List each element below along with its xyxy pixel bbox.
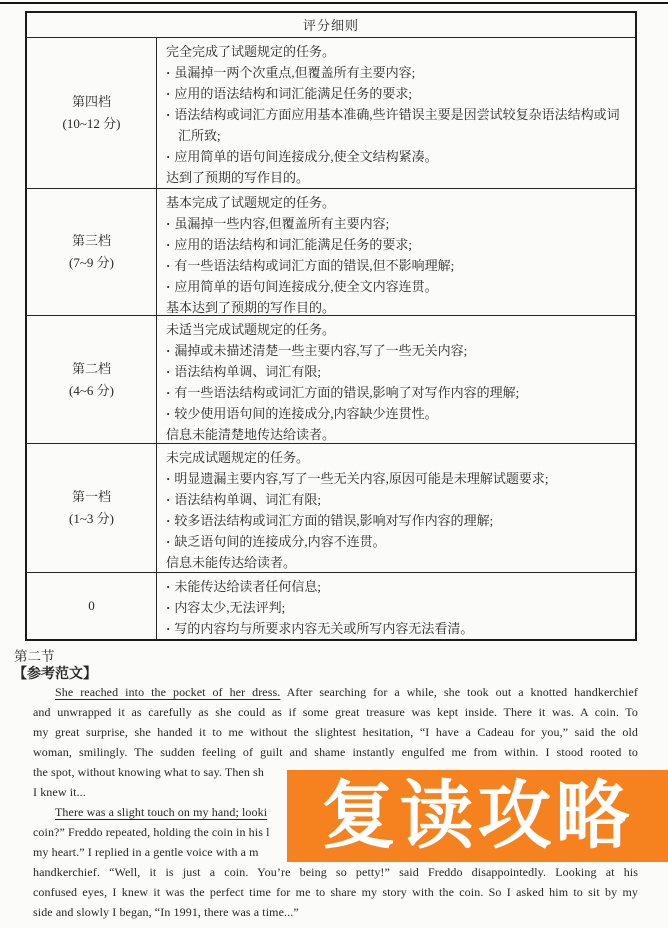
page-top-rule — [0, 2, 668, 4]
band3-score: (7~9 分) — [69, 252, 114, 274]
band2-score: (4~6 分) — [69, 380, 114, 402]
watermark-text: 复读攻略 — [322, 779, 634, 853]
rubric-row-band4: 第四档 (10~12 分) 完全完成了试题规定的任务。 虽漏掉一两个次重点,但覆… — [27, 38, 635, 189]
band3-bullet: 虽漏掉一些内容,但覆盖所有主要内容; — [166, 213, 627, 234]
band3-intro: 基本完成了试题规定的任务。 — [166, 192, 627, 213]
essay-line: confused eyes, I knew it was the perfect… — [33, 882, 638, 902]
band4-name: 第四档 — [72, 91, 111, 113]
band4-bullet: 虽漏掉一两个次重点,但覆盖所有主要内容; — [166, 62, 627, 83]
essay-line: side and slowly I began, “In 1991, there… — [33, 902, 638, 922]
band3-outro: 基本达到了预期的写作目的。 — [166, 297, 627, 318]
band1-label-cell: 第一档 (1~3 分) — [27, 444, 157, 572]
band2-name: 第二档 — [72, 358, 111, 380]
band4-bullet: 应用简单的语句间连接成分,使全文结构紧凑。 — [166, 146, 627, 167]
rubric-row-band1: 第一档 (1~3 分) 未完成试题规定的任务。 明显遗漏主要内容,写了一些无关内… — [27, 444, 635, 573]
watermark-banner: 复读攻略 — [287, 770, 668, 862]
zero-bullet: 写的内容均与所要求内容无关或所写内容无法看清。 — [166, 618, 627, 639]
zero-bullet: 未能传达给读者任何信息; — [166, 576, 627, 597]
band3-label-cell: 第三档 (7~9 分) — [27, 189, 157, 315]
band4-intro: 完全完成了试题规定的任务。 — [166, 41, 627, 62]
essay-line: She reached into the pocket of her dress… — [33, 682, 638, 702]
band4-bullet: 应用的语法结构和词汇能满足任务的要求; — [166, 83, 627, 104]
essay-line: woman, smilingly. The sudden feeling of … — [33, 742, 638, 762]
band3-name: 第三档 — [72, 230, 111, 252]
essay-line: handkerchief. “Well, it is just a coin. … — [33, 862, 638, 882]
band1-score: (1~3 分) — [69, 508, 114, 530]
band1-criteria-cell: 未完成试题规定的任务。 明显遗漏主要内容,写了一些无关内容,原因可能是未理解试题… — [157, 444, 635, 572]
band3-bullet: 有一些语法结构或词汇方面的错误,但不影响理解; — [166, 255, 627, 276]
band3-bullet: 应用的语法结构和词汇能满足任务的要求; — [166, 234, 627, 255]
band2-bullet: 有一些语法结构或词汇方面的错误,影响了对写作内容的理解; — [166, 382, 627, 403]
essay-line: my great surprise, she handed it to me w… — [33, 722, 638, 742]
band4-bullet: 语法结构或词汇方面应用基本准确,些许错误主要是因尝试较复杂语法结构或词汇所致; — [166, 104, 627, 146]
band1-bullet: 语法结构单调、词汇有限; — [166, 489, 627, 510]
essay-line: and unwrapped it as carefully as she cou… — [33, 702, 638, 722]
band1-outro: 信息未能传达给读者。 — [166, 552, 627, 573]
band1-intro: 未完成试题规定的任务。 — [166, 447, 627, 468]
rubric-row-band3: 第三档 (7~9 分) 基本完成了试题规定的任务。 虽漏掉一些内容,但覆盖所有主… — [27, 189, 635, 316]
band2-outro: 信息未能清楚地传达给读者。 — [166, 424, 627, 445]
band2-criteria-cell: 未适当完成试题规定的任务。 漏掉或未描述清楚一些主要内容,写了一些无关内容; 语… — [157, 316, 635, 443]
zero-label-cell: 0 — [27, 573, 157, 639]
zero-bullet: 内容太少,无法评判; — [166, 597, 627, 618]
rubric-row-band2: 第二档 (4~6 分) 未适当完成试题规定的任务。 漏掉或未描述清楚一些主要内容… — [27, 316, 635, 444]
band1-bullet: 明显遗漏主要内容,写了一些无关内容,原因可能是未理解试题要求; — [166, 468, 627, 489]
band3-bullet: 应用简单的语句间连接成分,使全文内容连贯。 — [166, 276, 627, 297]
band2-intro: 未适当完成试题规定的任务。 — [166, 319, 627, 340]
band1-name: 第一档 — [72, 486, 111, 508]
zero-score: 0 — [88, 595, 95, 617]
band4-score: (10~12 分) — [63, 113, 121, 135]
band2-bullet: 漏掉或未描述清楚一些主要内容,写了一些无关内容; — [166, 340, 627, 361]
band2-label-cell: 第二档 (4~6 分) — [27, 316, 157, 443]
band3-criteria-cell: 基本完成了试题规定的任务。 虽漏掉一些内容,但覆盖所有主要内容; 应用的语法结构… — [157, 189, 635, 315]
rubric-table-title: 评分细则 — [27, 13, 635, 38]
zero-criteria-cell: 未能传达给读者任何信息; 内容太少,无法评判; 写的内容均与所要求内容无关或所写… — [157, 573, 635, 639]
section-label: 第二节 — [14, 645, 55, 665]
band4-criteria-cell: 完全完成了试题规定的任务。 虽漏掉一两个次重点,但覆盖所有主要内容; 应用的语法… — [157, 38, 635, 188]
band4-label-cell: 第四档 (10~12 分) — [27, 38, 157, 188]
band1-bullet: 较多语法结构或词汇方面的错误,影响对写作内容的理解; — [166, 510, 627, 531]
band1-bullet: 缺乏语句间的连接成分,内容不连贯。 — [166, 531, 627, 552]
rubric-table: 评分细则 第四档 (10~12 分) 完全完成了试题规定的任务。 虽漏掉一两个次… — [25, 11, 637, 641]
model-essay-heading: 【参考范文】 — [13, 663, 97, 683]
band2-bullet: 语法结构单调、词汇有限; — [166, 361, 627, 382]
band4-outro: 达到了预期的写作目的。 — [166, 167, 627, 188]
band2-bullet: 较少使用语句间的连接成分,内容缺少连贯性。 — [166, 403, 627, 424]
rubric-row-zero: 0 未能传达给读者任何信息; 内容太少,无法评判; 写的内容均与所要求内容无关或… — [27, 573, 635, 639]
